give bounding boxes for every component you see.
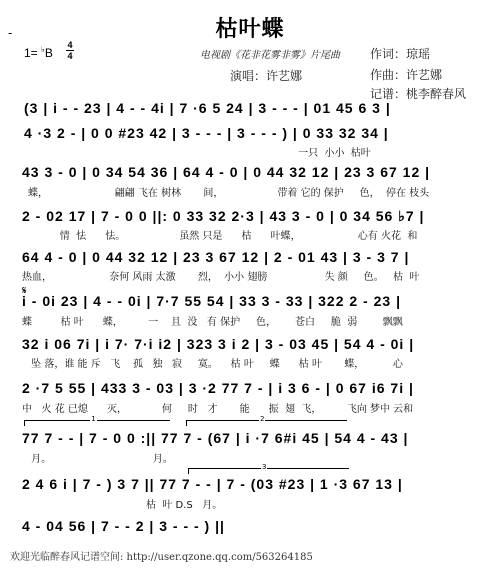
volta-label: 2 <box>259 415 265 423</box>
lyricist-credit: 作词：琼瑶 <box>370 45 430 62</box>
volta-label: 1 <box>90 415 96 423</box>
lyrics-line: 坠 落，谁 能 斥 飞 孤 独 寂 寞。 枯 叶 蝶 枯 叶 蝶， 心 <box>28 355 403 370</box>
notation-line: i - 0i 23 | 4 - - 0i | 7·7 55 54 | 33 3 … <box>22 293 401 309</box>
notation-line: 2 - 02 17 | 7 - 0 0 ||: 0 33 32 2·3 | 43… <box>22 208 424 225</box>
notation-line: 4 - 04 56 | 7 - - 2 | 3 - - - ) || <box>22 518 225 534</box>
notation-line: (3 | i - - 23 | 4 - - 4i | 7 ·6 5 24 | 3… <box>24 100 391 116</box>
volta-bracket-2: 2 <box>186 420 347 426</box>
lyrics-line: 中 火 花 已熄 灭， 何 时 才 能 振 翅 飞， 飞向 梦中 云和 <box>22 400 413 415</box>
time-sig-top: 4 <box>66 41 74 49</box>
notation-line: 4 ·3 2 - | 0 0 #23 42 | 3 - - - | 3 - - … <box>24 125 389 141</box>
lyrics-line: 一只 小小 枯叶 <box>12 144 371 159</box>
notation-line: 77 7 - - | 7 - 0 0 :|| 77 7 - (67 | i ·7… <box>22 430 408 446</box>
time-sig-bottom: 4 <box>66 52 74 60</box>
lyrics-line: 蝶， 翩翩 飞在 树林 间， 带着 它的 保护 色， 停在 枝头 <box>28 184 429 199</box>
key-prefix: 1= <box>24 46 38 60</box>
key-signature: 1= ♭B <box>24 45 53 60</box>
volta-bracket-3: 3 <box>188 468 349 474</box>
volta-bracket-1: 1 <box>24 420 170 426</box>
singer-credit: 演唱：许艺娜 <box>230 67 302 84</box>
notation-line: 2 4 6 i | 7 - ) 3 7 || 77 7 - - | 7 - (0… <box>22 476 403 492</box>
notation-line: 43 3 - 0 | 0 34 54 36 | 64 4 - 0 | 0 44 … <box>22 164 430 180</box>
volta-label: 3 <box>261 463 267 471</box>
song-title: 枯叶蝶 <box>0 12 500 43</box>
notation-line: 64 4 - 0 | 0 44 32 12 | 23 3 67 12 | 2 -… <box>22 249 409 265</box>
key-note: B <box>45 46 53 60</box>
lyrics-line: 枯 叶 D.S 月。 <box>22 496 222 511</box>
time-signature: 4 4 <box>66 41 74 60</box>
lyrics-line: 情 怯 怯。 虽然 只是 枯 叶蝶， 心有 火花 和 <box>28 227 417 242</box>
composer-credit: 作曲：许艺娜 <box>370 66 442 83</box>
lyrics-line: 月。 月。 <box>28 450 173 465</box>
lyrics-line: 热血， 奈何 风雨 太激 烈， 小小 翅膀 失 颜 色。 枯 叶 <box>22 268 420 283</box>
notation-line: 32 i 06 7i | i 7· 7·i i2 | 323 3 i 2 | 3… <box>22 336 414 352</box>
lyrics-line: 蝶 枯 叶 蝶， 一 且 没 有 保护 色， 苍白 脆 弱 飘飘 <box>22 313 403 328</box>
footer-text: 欢迎光临醉春风记谱空间: http://user.qzone.qq.com/56… <box>10 548 313 563</box>
notation-line: 2 ·7 5 55 | 433 3 - 03 | 3 ·2 77 7 - | i… <box>22 380 414 396</box>
subtitle: 电视剧《花非花雾非雾》片尾曲 <box>200 46 340 61</box>
